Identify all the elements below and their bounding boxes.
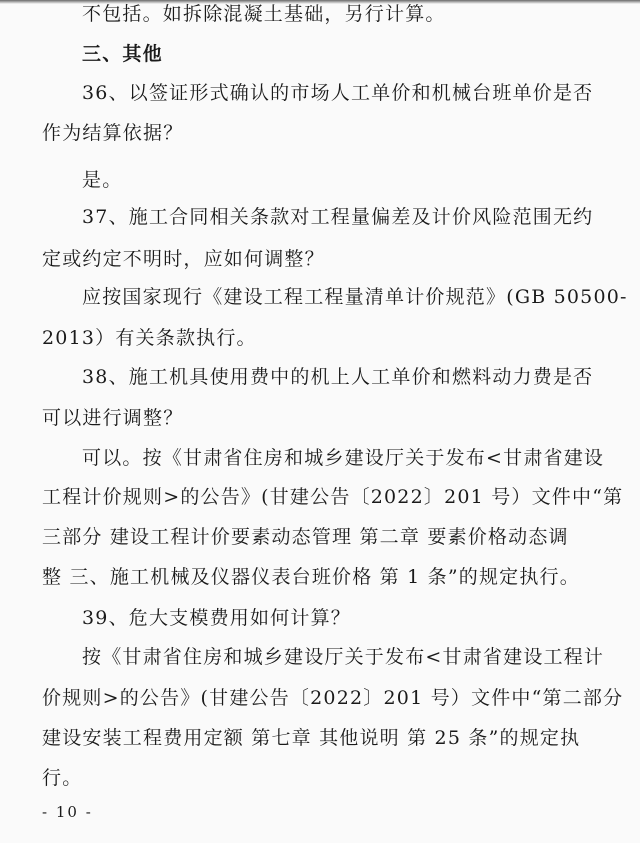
question-36-cont: 作为结算依据？: [42, 121, 183, 145]
page-number: - 10 -: [42, 800, 93, 824]
question-37-cont: 定或约定不明时，应如何调整？: [42, 247, 325, 271]
document-page: 不包括。如拆除混凝土基础，另行计算。 三、其他 36、以签证形式确认的市场人工单…: [0, 0, 640, 843]
answer-38-cont: 整 三、施工机械及仪器仪表台班价格 第 1 条”的规定执行。: [42, 565, 580, 589]
answer-39-cont: 建设安装工程费用定额 第七章 其他说明 第 25 条”的规定执: [42, 726, 580, 750]
question-39: 39、危大支模费用如何计算？: [82, 606, 351, 630]
answer-39-cont: 价规则>的公告》(甘建公告〔2022〕201 号）文件中“第二部分: [42, 686, 623, 710]
question-37: 37、施工合同相关条款对工程量偏差及计价风险范围无约: [82, 205, 593, 229]
question-38-cont: 可以进行调整？: [42, 406, 183, 430]
text-line-continuation: 不包括。如拆除混凝土基础，另行计算。: [82, 2, 446, 26]
section-heading: 三、其他: [82, 42, 163, 66]
question-36: 36、以签证形式确认的市场人工单价和机械台班单价是否: [82, 81, 593, 105]
answer-38-cont: 工程计价规则>的公告》(甘建公告〔2022〕201 号）文件中“第: [42, 485, 623, 509]
answer-36: 是。: [82, 168, 122, 192]
answer-39-cont: 行。: [42, 766, 82, 790]
question-38: 38、施工机具使用费中的机上人工单价和燃料动力费是否: [82, 365, 593, 389]
answer-37-cont: 2013）有关条款执行。: [42, 326, 257, 350]
answer-39: 按《甘肃省住房和城乡建设厅关于发布<甘肃省建设工程计: [82, 645, 604, 669]
answer-37: 应按国家现行《建设工程工程量清单计价规范》(GB 50500-: [82, 285, 628, 309]
answer-38-cont: 三部分 建设工程计价要素动态管理 第二章 要素价格动态调: [42, 525, 569, 549]
answer-38: 可以。按《甘肃省住房和城乡建设厅关于发布<甘肃省建设: [82, 446, 604, 470]
